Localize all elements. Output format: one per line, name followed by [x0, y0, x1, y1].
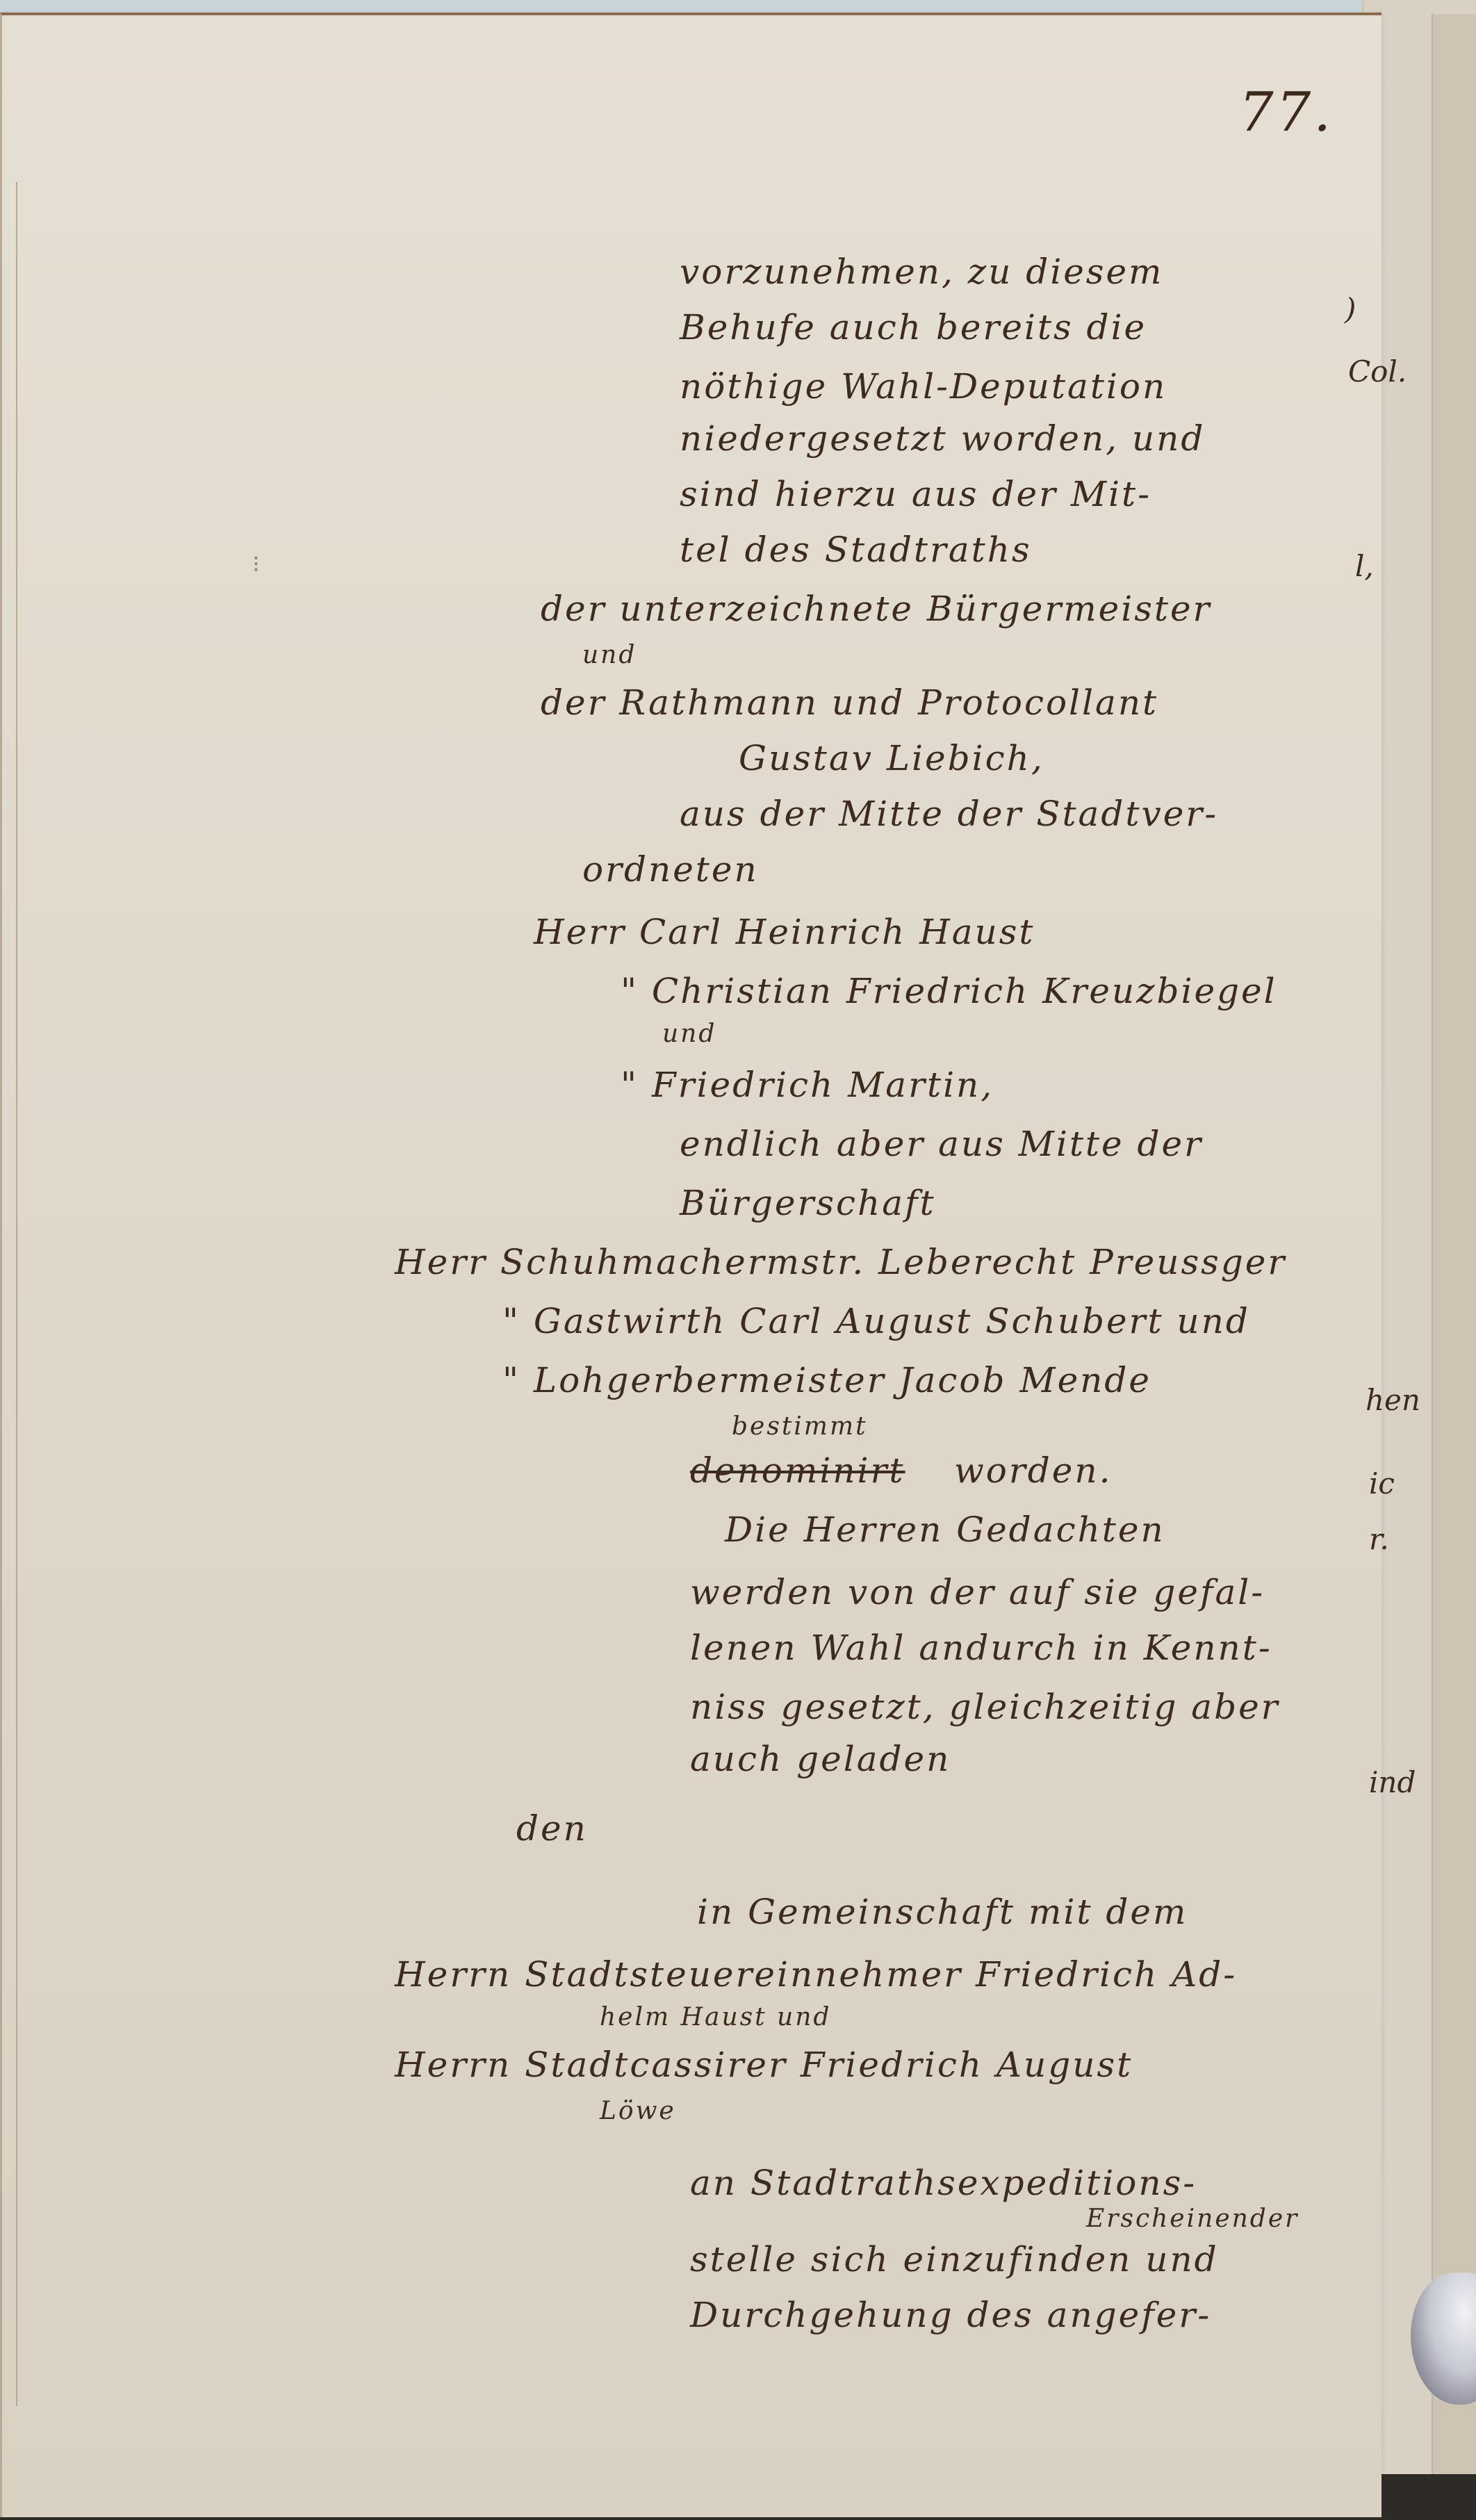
- text-line: Bürgerschaft: [680, 1183, 936, 1223]
- text-line: lenen Wahl andurch in Kennt-: [690, 1628, 1272, 1668]
- margin-fragment: Col.: [1348, 354, 1407, 388]
- text-line: stelle sich einzufinden und: [690, 2239, 1219, 2280]
- margin-fragment: ic: [1369, 1466, 1395, 1500]
- text-line: " Gastwirth Carl August Schubert und: [502, 1301, 1250, 1341]
- text-line: niedergesetzt worden, und: [680, 418, 1205, 459]
- insertion-text: Erscheinender: [1086, 2204, 1299, 2233]
- pencil-mark: ⁝: [252, 550, 260, 578]
- text-line: Durchgehung des angefer-: [690, 2295, 1211, 2335]
- text-line: Behufe auch bereits die: [680, 307, 1147, 347]
- text-line: in Gemeinschaft mit dem: [697, 1892, 1188, 1932]
- text-line: an Stadtrathsexpeditions-: [690, 2163, 1197, 2203]
- page-number: 77.: [1239, 81, 1334, 144]
- text-line: und: [662, 1020, 716, 1048]
- manuscript-page: 77. ⁝ vorzunehmen, zu diesem Behufe auch…: [0, 13, 1381, 2517]
- margin-fragment: l,: [1355, 549, 1374, 583]
- text-line: den: [516, 1808, 588, 1849]
- text-line: " Christian Friedrich Kreuzbiegel: [621, 971, 1277, 1011]
- text-line: tel des Stadtraths: [680, 530, 1032, 570]
- text-line: werden von der auf sie gefal-: [690, 1572, 1265, 1612]
- text-line: " Friedrich Martin,: [621, 1065, 994, 1105]
- text-line: endlich aber aus Mitte der: [680, 1124, 1203, 1164]
- margin-fragment: r.: [1369, 1522, 1389, 1556]
- text-line: ordneten: [582, 849, 759, 890]
- text-line: Löwe: [600, 2097, 676, 2125]
- text-line: vorzunehmen, zu diesem: [680, 252, 1163, 292]
- text-line: aus der Mitte der Stadtver-: [680, 794, 1218, 834]
- text-line: worden.: [954, 1450, 1113, 1491]
- text-line: der unterzeichnete Bürgermeister: [541, 589, 1211, 629]
- text-line: Herr Schuhmachermstr. Leberecht Preussge…: [395, 1242, 1286, 1282]
- text-line: Herr Carl Heinrich Haust: [534, 912, 1035, 952]
- text-line: Die Herren Gedachten: [725, 1509, 1165, 1550]
- page-fold-line: [16, 182, 17, 2406]
- text-line: auch geladen: [690, 1739, 951, 1779]
- text-line: der Rathmann und Protocollant: [541, 682, 1158, 723]
- margin-fragment: ): [1345, 292, 1356, 326]
- text-line: niss gesetzt, gleichzeitig aber: [690, 1687, 1280, 1727]
- struck-text: denominirt: [690, 1450, 905, 1491]
- struck-word: denominirt: [690, 1450, 905, 1491]
- insertion-text: bestimmt: [732, 1412, 868, 1441]
- text-line: und: [582, 641, 637, 669]
- margin-fragment: hen: [1366, 1383, 1420, 1417]
- text-line: Herrn Stadtcassirer Friedrich August: [395, 2045, 1133, 2085]
- text-line: Herrn Stadtsteuereinnehmer Friedrich Ad-: [395, 1954, 1237, 1995]
- text-line: " Lohgerbermeister Jacob Mende: [502, 1360, 1151, 1400]
- text-line: nöthige Wahl-Deputation: [680, 366, 1167, 407]
- text-line: Gustav Liebich,: [739, 738, 1044, 778]
- underlying-page-edge-2: [1432, 14, 1476, 2474]
- text-line: sind hierzu aus der Mit-: [680, 474, 1151, 514]
- text-line: helm Haust und: [600, 2003, 831, 2031]
- margin-fragment: ind: [1369, 1765, 1416, 1799]
